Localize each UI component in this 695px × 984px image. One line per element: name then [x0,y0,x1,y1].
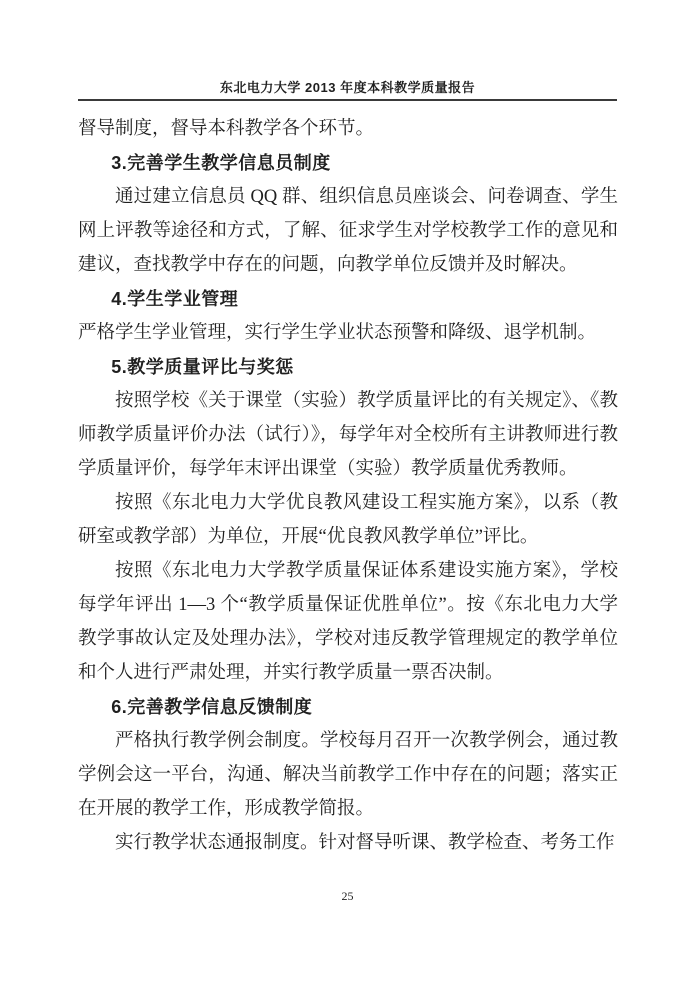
body-paragraph: 通过建立信息员 QQ 群、组织信息员座谈会、问卷调查、学生网上评教等途径和方式，… [78,180,618,282]
document-body: 督导制度，督导本科教学各个环节。3.完善学生教学信息员制度通过建立信息员 QQ … [78,112,618,860]
body-paragraph: 按照《东北电力大学教学质量保证体系建设实施方案》，学校每学年评出 1—3 个“教… [78,554,618,690]
section-heading: 4.学生学业管理 [78,282,618,316]
document-page: 东北电力大学 2013 年度本科教学质量报告 督导制度，督导本科教学各个环节。3… [0,0,695,984]
body-paragraph: 督导制度，督导本科教学各个环节。 [78,112,618,146]
header-rule [78,99,617,101]
body-paragraph: 实行教学状态通报制度。针对督导听课、教学检查、考务工作 [78,826,618,860]
body-paragraph: 按照学校《关于课堂（实验）教学质量评比的有关规定》、《教师教学质量评价办法（试行… [78,384,618,486]
section-heading: 3.完善学生教学信息员制度 [78,146,618,180]
body-paragraph: 按照《东北电力大学优良教风建设工程实施方案》，以系（教研室或教学部）为单位，开展… [78,486,618,554]
section-heading: 5.教学质量评比与奖惩 [78,350,618,384]
body-paragraph: 严格学生学业管理，实行学生学业状态预警和降级、退学机制。 [78,316,618,350]
page-number: 25 [0,888,695,904]
page-header-title: 东北电力大学 2013 年度本科教学质量报告 [78,80,617,96]
body-paragraph: 严格执行教学例会制度。学校每月召开一次教学例会，通过教学例会这一平台，沟通、解决… [78,724,618,826]
section-heading: 6.完善教学信息反馈制度 [78,690,618,724]
